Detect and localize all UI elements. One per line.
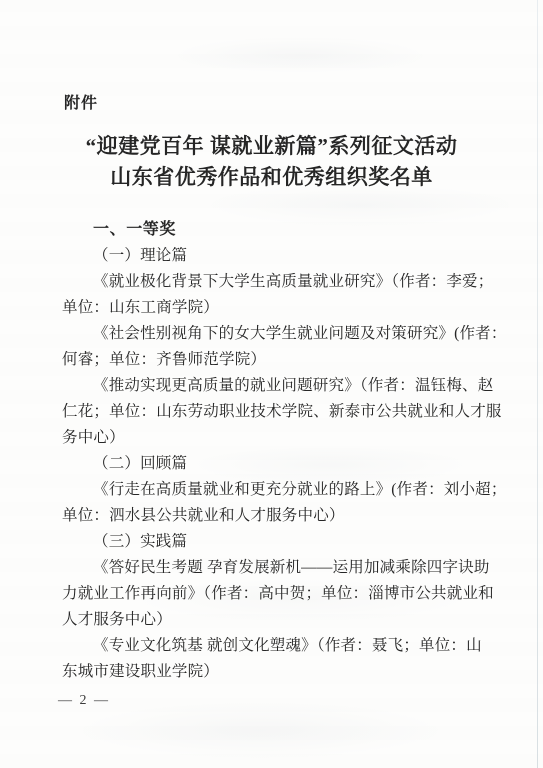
page-number: — 2 — (58, 693, 110, 709)
document-page: 附件 “迎建党百年 谋就业新篇”系列征文活动 山东省优秀作品和优秀组织奖名单 一… (0, 0, 543, 768)
body-line: （一）理论篇 (62, 243, 494, 269)
body-line: 《专业文化筑基 就创文化塑魂》（作者：聂飞；单位：山 (62, 633, 494, 659)
body-line: （三）实践篇 (62, 529, 494, 555)
body-line: 《社会性别视角下的女大学生就业问题及对策研究》(作者： (62, 321, 494, 347)
body-line: （二）回顾篇 (62, 451, 494, 477)
title-line-1: “迎建党百年 谋就业新篇”系列征文活动 (0, 131, 543, 162)
body-line: 单位：山东工商学院） (62, 295, 494, 321)
body-line: 《行走在高质量就业和更充分就业的路上》(作者：刘小超； (62, 477, 494, 503)
body-line: 人才服务中心） (62, 607, 494, 633)
body-line: 仁花；单位：山东劳动职业技术学院、新泰市公共就业和人才服 (62, 399, 494, 425)
body-line: 何睿；单位：齐鲁师范学院） (62, 347, 494, 373)
body-line: 《推动实现更高质量的就业问题研究》（作者：温钰梅、赵 (62, 373, 494, 399)
scan-edge-line (537, 0, 538, 768)
document-body: 一、一等奖（一）理论篇《就业极化背景下大学生高质量就业研究》（作者：李爱；单位：… (62, 217, 494, 685)
body-line: 力就业工作再向前》（作者：高中贺；单位：淄博市公共就业和 (62, 581, 494, 607)
body-line: 《答好民生考题 孕育发展新机——运用加减乘除四字诀助 (62, 555, 494, 581)
document-title: “迎建党百年 谋就业新篇”系列征文活动 山东省优秀作品和优秀组织奖名单 (0, 131, 543, 193)
body-line: 务中心） (62, 425, 494, 451)
body-line: 东城市建设职业学院） (62, 659, 494, 685)
title-line-2: 山东省优秀作品和优秀组织奖名单 (0, 162, 543, 193)
attachment-label: 附件 (64, 90, 98, 113)
body-line: 《就业极化背景下大学生高质量就业研究》（作者：李爱； (62, 269, 494, 295)
body-line: 单位：泗水县公共就业和人才服务中心） (62, 503, 494, 529)
body-line: 一、一等奖 (62, 217, 494, 243)
